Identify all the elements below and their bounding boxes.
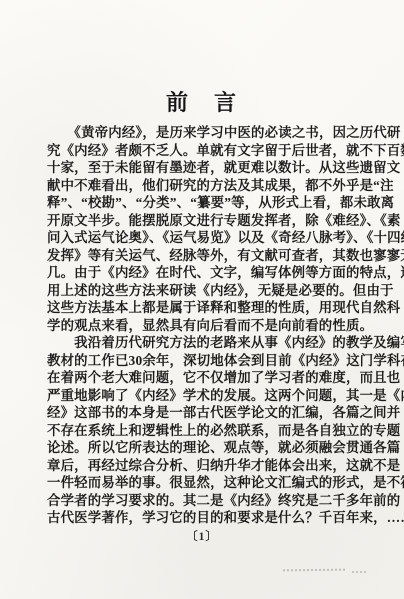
text-line: 经》这部书的本身是一部古代医学论文的汇编，各篇之间并 xyxy=(47,404,360,422)
text-line: 合学者的学习要求的。其二是《内经》终究是二千多年前的 xyxy=(47,492,360,510)
body-text-block: 《黄帝内经》，是历来学习中医的必读之书，因之历代研 究《内经》者颇不乏人。单就有… xyxy=(47,124,360,527)
text-line: 发挥》等有关运气、经脉等外，有文献可查者，其数也寥寥无 xyxy=(47,247,360,265)
page-number: 〔1〕 xyxy=(0,528,404,544)
text-line: 用上述的这些方法来研读《内经》，无疑是必要的。但由于 xyxy=(47,282,360,300)
text-line: 古代医学著作，学习它的目的和要求是什么？千百年来，…… xyxy=(47,509,360,527)
text-line: 学的观点来看，显然具有向后看而不是向前看的性质。 xyxy=(47,317,360,335)
text-line: 献中不难看出，他们研究的方法及其成果，都不外乎是“注 xyxy=(47,177,360,195)
text-line: 释”、“校勘”、“分类”、“纂要”等，从形式上看，都未敢离 xyxy=(47,194,360,212)
scan-noise-mark xyxy=(352,571,366,573)
text-line: 究《内经》者颇不乏人。单就有文字留于后世者，就不下百数 xyxy=(47,142,360,160)
text-line: 严重地影响了《内经》学术的发展。这两个问题，其一是《内 xyxy=(47,387,360,405)
text-line: 教材的工作已30余年，深切地体会到目前《内经》这门学科存 xyxy=(47,352,360,370)
text-line: 章后，再经过综合分析、归纳升华才能体会出来，这就不是 xyxy=(47,457,360,475)
text-line: 十家，至于未能留有墨迹者，就更难以数计。从这些遗留文 xyxy=(47,159,360,177)
scanned-book-page: 前 言 《黄帝内经》，是历来学习中医的必读之书，因之历代研 究《内经》者颇不乏人… xyxy=(0,0,404,599)
text-line: 《黄帝内经》，是历来学习中医的必读之书，因之历代研 xyxy=(47,124,360,142)
text-line: 在着两个老大难问题，它不仅增加了学习者的难度，而且也 xyxy=(47,369,360,387)
page-title: 前 言 xyxy=(0,86,404,117)
text-line: 我沿着历代研究方法的老路来从事《内经》的教学及编写 xyxy=(47,334,360,352)
text-line: 开原文半步。能摆脱原文进行专题发挥者，除《难经》、《素 xyxy=(47,212,360,230)
text-line: 几。由于《内经》在时代、文字，编写体例等方面的特点，运 xyxy=(47,264,360,282)
text-line: 论述。所以它所表达的理论、观点等，就必须融会贯通各篇 xyxy=(47,439,360,457)
text-line: 问入式运气论奥》、《运气易览》以及《奇经八脉考》、《十四经 xyxy=(47,229,360,247)
text-line: 不存在系统上和逻辑性上的必然联系，而是各自独立的专题 xyxy=(47,422,360,440)
text-line: 这些方法基本上都是属于译释和整理的性质，用现代自然科 xyxy=(47,299,360,317)
scan-noise-mark xyxy=(283,569,345,572)
text-line: 一件轻而易举的事。很显然，这种论文汇编式的形式，是不符 xyxy=(47,474,360,492)
